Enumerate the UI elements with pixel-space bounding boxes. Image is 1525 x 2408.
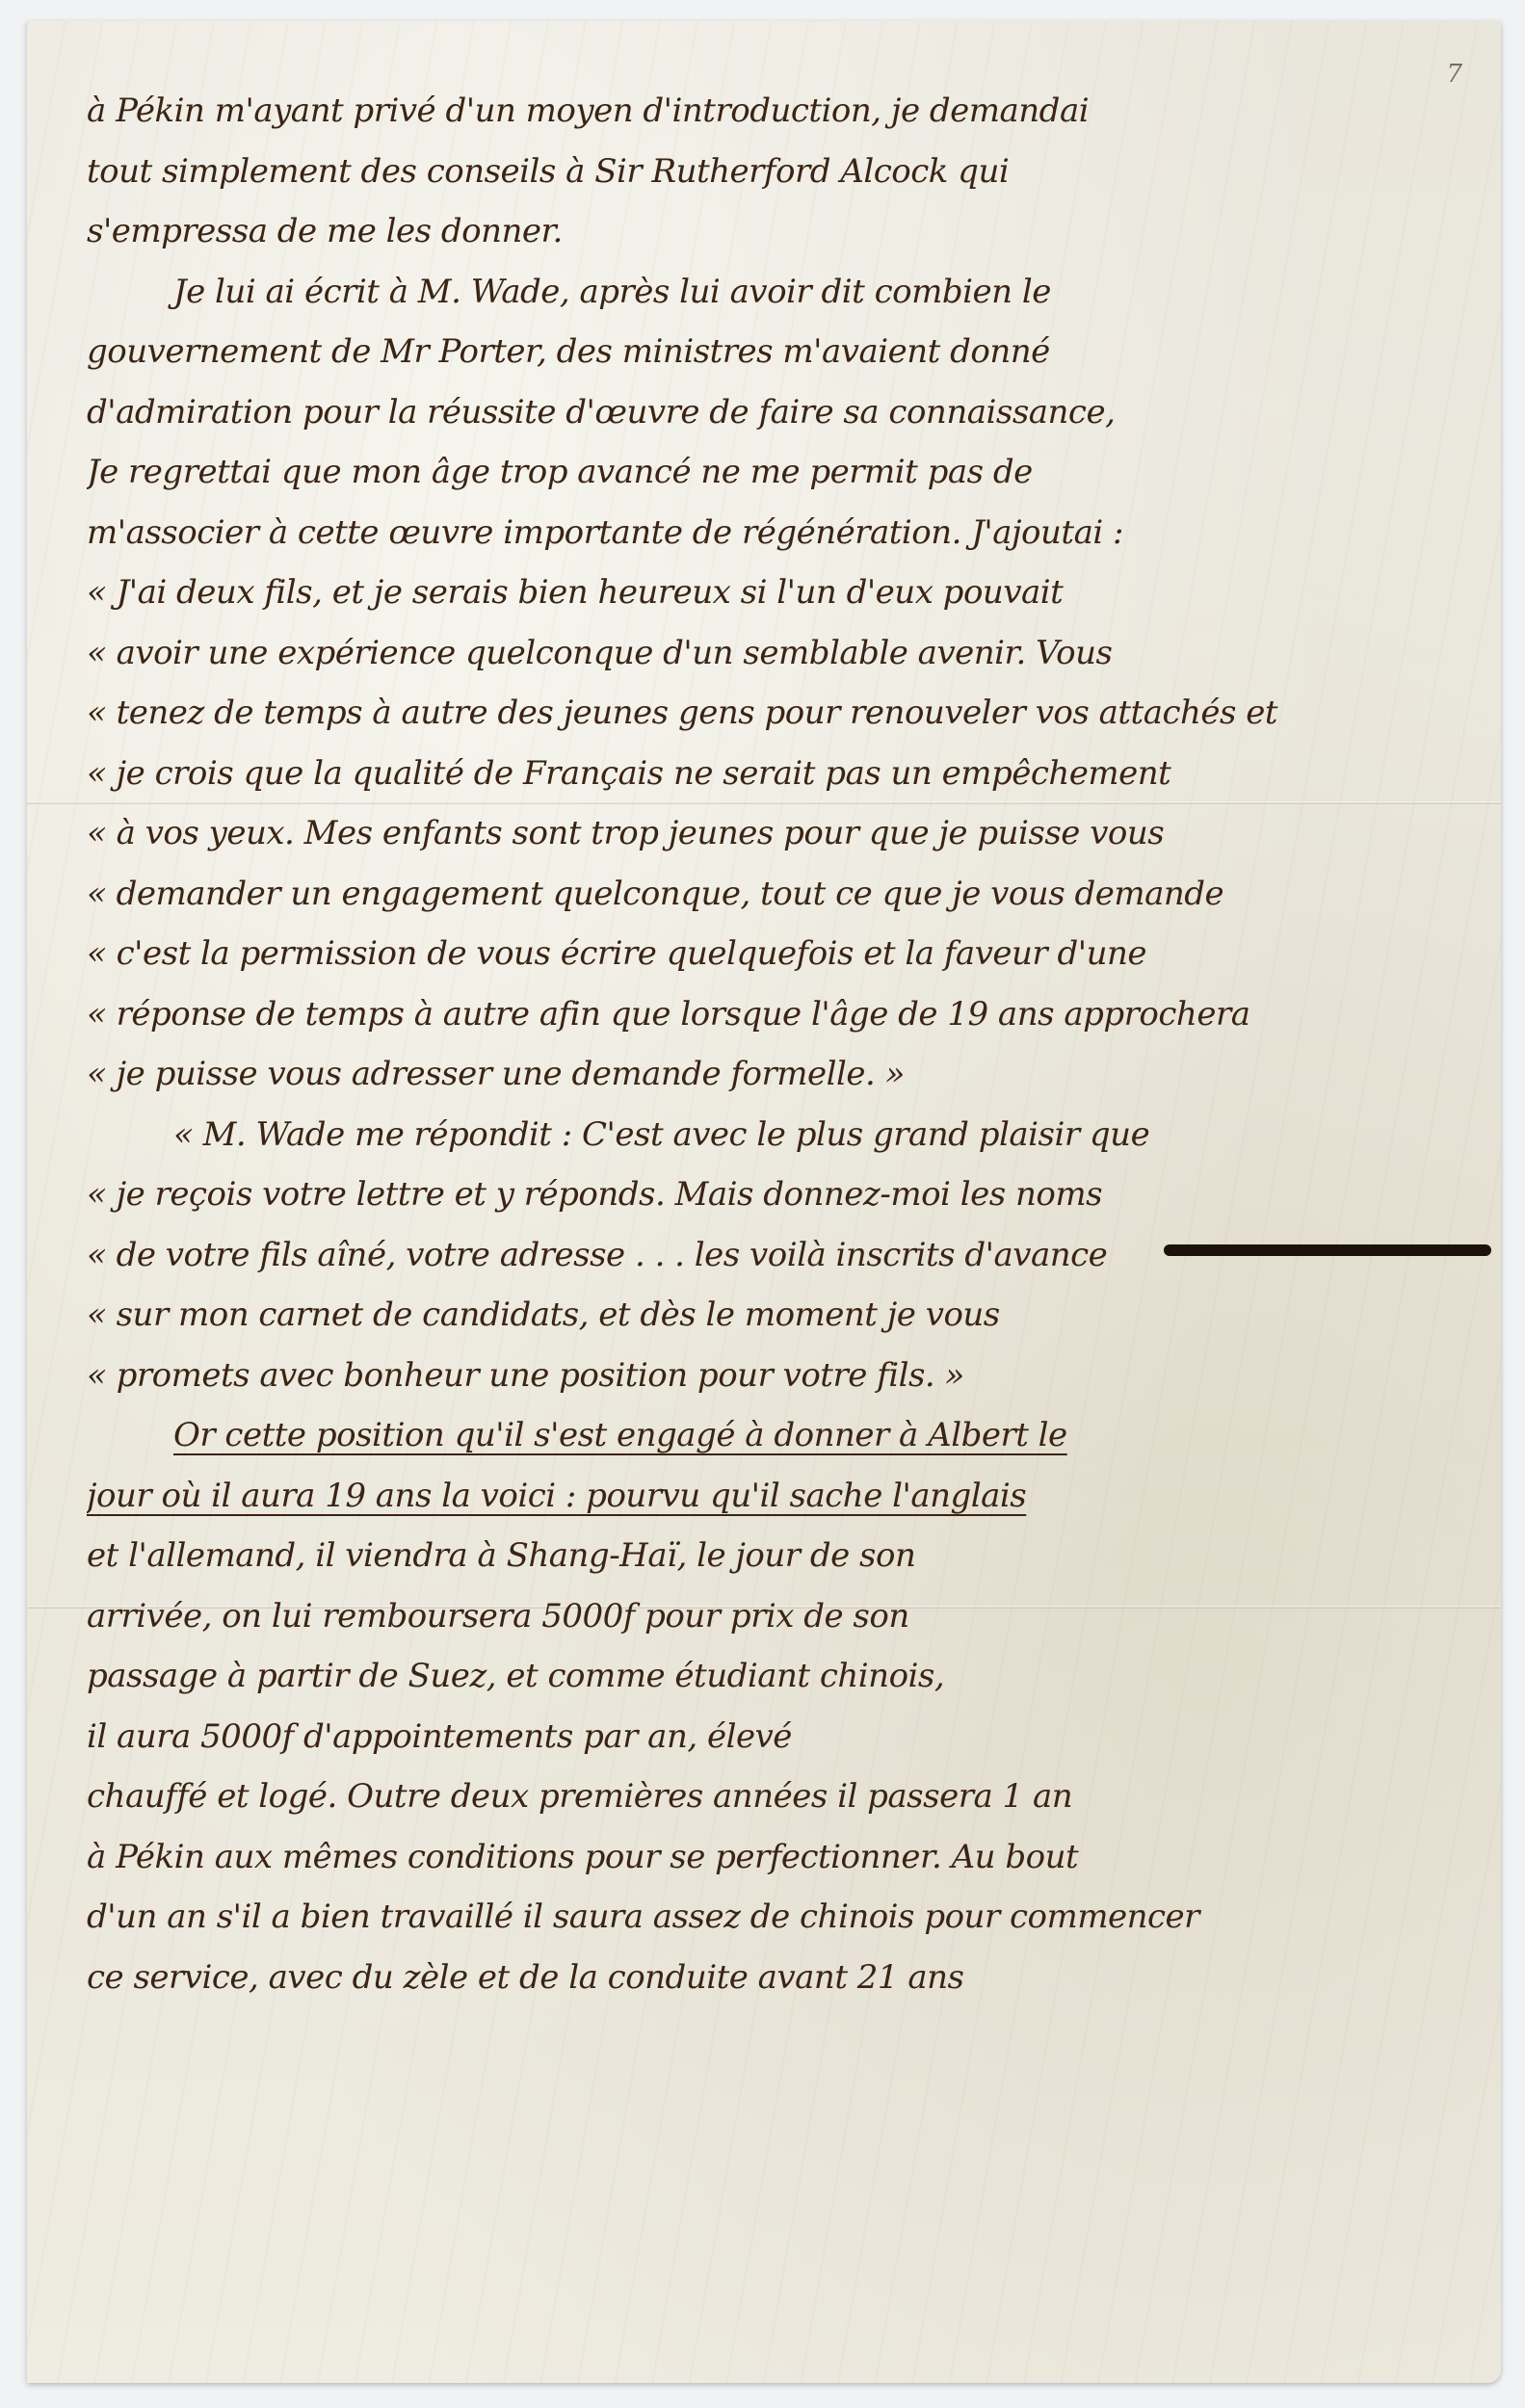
text-line: « à vos yeux. Mes enfants sont trop jeun… — [87, 803, 1455, 864]
text-line: Je regrettai que mon âge trop avancé ne … — [87, 442, 1455, 503]
text-line: m'associer à cette œuvre importante de r… — [87, 503, 1455, 563]
text-line: s'empressa de me les donner. — [87, 201, 1455, 262]
text-line: ce service, avec du zèle et de la condui… — [87, 1948, 1455, 2008]
text-line: d'un an s'il a bien travaillé il saura a… — [87, 1887, 1455, 1948]
text-line: Je lui ai écrit à M. Wade, après lui avo… — [87, 262, 1455, 323]
text-line: « sur mon carnet de candidats, et dès le… — [87, 1285, 1455, 1346]
text-line: « je crois que la qualité de Français ne… — [87, 744, 1455, 804]
text-line: « je reçois votre lettre et y réponds. M… — [87, 1165, 1455, 1225]
text-line: « tenez de temps à autre des jeunes gens… — [87, 683, 1455, 744]
text-line: gouvernement de Mr Porter, des ministres… — [87, 322, 1455, 382]
text-line: « je puisse vous adresser une demande fo… — [87, 1044, 1455, 1105]
manuscript-page: 7 à Pékin m'ayant privé d'un moyen d'int… — [27, 21, 1501, 2383]
text-line: à Pékin m'ayant privé d'un moyen d'intro… — [87, 81, 1455, 142]
text-line: « réponse de temps à autre afin que lors… — [87, 984, 1455, 1045]
text-line: « demander un engagement quelconque, tou… — [87, 864, 1455, 925]
text-line: d'admiration pour la réussite d'œuvre de… — [87, 382, 1455, 443]
ink-strikethrough-mark — [1164, 1244, 1491, 1256]
text-line-underlined: jour où il aura 19 ans la voici : pourvu… — [87, 1466, 1455, 1527]
text-line: tout simplement des conseils à Sir Ruthe… — [87, 142, 1455, 202]
text-line: il aura 5000f d'appointements par an, él… — [87, 1707, 1455, 1767]
text-line: « M. Wade me répondit : C'est avec le pl… — [87, 1105, 1455, 1165]
text-line: et l'allemand, il viendra à Shang-Haï, l… — [87, 1526, 1455, 1586]
text-line: « avoir une expérience quelconque d'un s… — [87, 623, 1455, 684]
text-line: « promets avec bonheur une position pour… — [87, 1346, 1455, 1406]
handwritten-text: à Pékin m'ayant privé d'un moyen d'intro… — [87, 81, 1455, 2007]
text-line: passage à partir de Suez, et comme étudi… — [87, 1646, 1455, 1707]
text-line-underlined: Or cette position qu'il s'est engagé à d… — [87, 1405, 1455, 1466]
text-line: « c'est la permission de vous écrire que… — [87, 924, 1455, 984]
text-line: « J'ai deux fils, et je serais bien heur… — [87, 563, 1455, 623]
text-line: arrivée, on lui remboursera 5000f pour p… — [87, 1586, 1455, 1647]
text-line: chauffé et logé. Outre deux premières an… — [87, 1767, 1455, 1827]
text-line: à Pékin aux mêmes conditions pour se per… — [87, 1827, 1455, 1888]
